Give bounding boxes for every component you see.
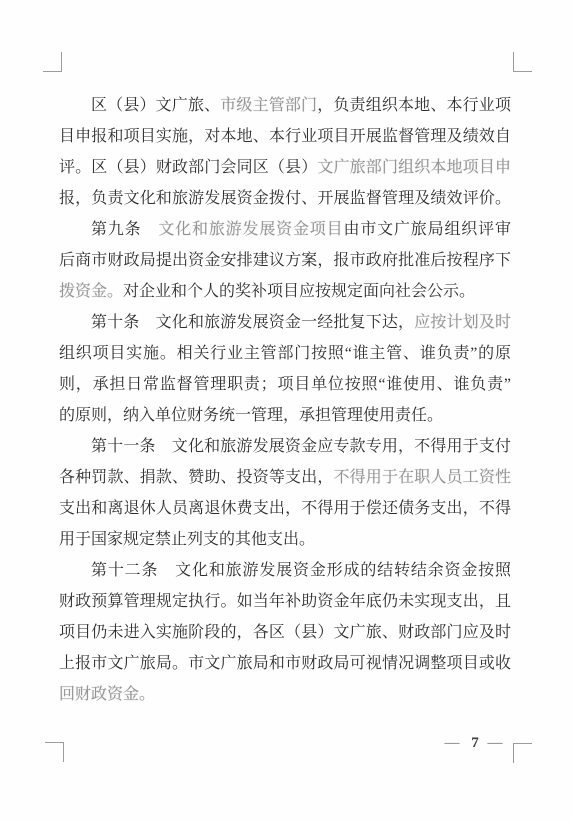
text-segment: 由市文广旅局组织评审 [343,221,510,238]
crop-mark-bottom-left-icon [45,742,64,762]
text-line: 上报市文广旅局。市文广旅局和市财政局可视情况调整项目或收 [59,648,511,679]
text-segment: 第十一条 文化和旅游发展资金应专款专用，不得用于支付 [91,438,511,455]
text-line: 第九条 文化和旅游发展资金项目由市文广旅局组织评审 [59,214,511,245]
text-line: 财政预算管理规定执行。如当年补助资金年底仍未实现支出，且 [59,586,511,617]
faded-text-segment: 不得用于在职人员工资性 [334,469,511,486]
text-segment: 后商市财政局提出资金安排建议方案，报市政府批准后按程序下 [59,252,511,269]
text-line: 组织项目实施。相关行业主管部门按照“谁主管、谁负责”的原 [59,338,511,369]
text-segment: 对企业和个人的奖补项目应按规定面向社会公示。 [123,283,475,300]
faded-text-segment: 市级主管部门 [220,97,317,114]
text-segment: 项目仍未进入实施阶段的，各区（县）文广旅、财政部门应及时 [59,624,511,641]
text-segment: 第九条 [91,221,158,238]
text-line: 后商市财政局提出资金安排建议方案，报市政府批准后按程序下 [59,245,511,276]
text-segment: 用于国家规定禁止列支的其他支出。 [59,531,315,548]
text-line: 项目仍未进入实施阶段的，各区（县）文广旅、财政部门应及时 [59,617,511,648]
scanned-document-page: 区（县）文广旅、市级主管部门，负责组织本地、本行业项目申报和项目实施，对本地、本… [0,0,572,821]
text-line: 评。区（县）财政部门会同区（县）文广旅部门组织本地项目申 [59,152,511,183]
text-line: 拨资金。对企业和个人的奖补项目应按规定面向社会公示。 [59,276,511,307]
text-segment: 上报市文广旅局。市文广旅局和市财政局可视情况调整项目或收 [59,655,511,672]
text-line: 第十二条 文化和旅游发展资金形成的结转结余资金按照 [59,555,511,586]
faded-text-segment: 文化和旅游发展资金项目 [158,221,343,238]
faded-text-segment: 拨资金。 [59,283,123,300]
text-line: 报，负责文化和旅游发展资金拨付、开展监督管理及绩效评价。 [59,183,511,214]
text-segment: 目申报和项目实施，对本地、本行业项目开展监督管理及绩效自 [59,128,511,145]
text-line: 第十条 文化和旅游发展资金一经批复下达，应按计划及时 [59,307,511,338]
document-body: 区（县）文广旅、市级主管部门，负责组织本地、本行业项目申报和项目实施，对本地、本… [59,90,511,710]
faded-text-segment: 回财政资金。 [59,686,155,703]
text-segment: 各种罚款、捐款、赞助、投资等支出， [59,469,334,486]
paragraph: 第十一条 文化和旅游发展资金应专款专用，不得用于支付各种罚款、捐款、赞助、投资等… [59,431,511,555]
text-segment: 则，承担日常监督管理职责；项目单位按照“谁使用、谁负责” [59,376,511,393]
page-number: — 7 — [425,735,525,752]
text-line: 支出和离退休人员离退休费支出，不得用于偿还债务支出，不得 [59,493,511,524]
faded-text-segment: 应按计划及时 [414,314,511,331]
page-number-dash-left: — [445,735,463,751]
text-segment: ，负责组织本地、本行业项 [317,97,511,114]
text-line: 区（县）文广旅、市级主管部门，负责组织本地、本行业项 [59,90,511,121]
text-segment: 组织项目实施。相关行业主管部门按照“谁主管、谁负责”的原 [59,345,511,362]
crop-mark-top-right-icon [513,52,532,72]
text-segment: 支出和离退休人员离退休费支出，不得用于偿还债务支出，不得 [59,500,511,517]
paragraph: 第九条 文化和旅游发展资金项目由市文广旅局组织评审后商市财政局提出资金安排建议方… [59,214,511,307]
crop-mark-top-left-icon [43,52,62,72]
page-number-value: 7 [469,735,481,751]
paragraph: 区（县）文广旅、市级主管部门，负责组织本地、本行业项目申报和项目实施，对本地、本… [59,90,511,214]
text-line: 回财政资金。 [59,679,511,710]
text-line: 则，承担日常监督管理职责；项目单位按照“谁使用、谁负责” [59,369,511,400]
text-segment: 第十二条 文化和旅游发展资金形成的结转结余资金按照 [91,562,511,579]
text-line: 的原则，纳入单位财务统一管理，承担管理使用责任。 [59,400,511,431]
text-segment: 报，负责文化和旅游发展资金拨付、开展监督管理及绩效评价。 [59,190,511,207]
text-line: 第十一条 文化和旅游发展资金应专款专用，不得用于支付 [59,431,511,462]
text-segment: 区（县）文广旅、 [91,97,220,114]
text-line: 各种罚款、捐款、赞助、投资等支出，不得用于在职人员工资性 [59,462,511,493]
text-segment: 第十条 文化和旅游发展资金一经批复下达， [91,314,414,331]
paragraph: 第十条 文化和旅游发展资金一经批复下达，应按计划及时组织项目实施。相关行业主管部… [59,307,511,431]
faded-text-segment: 文广旅部门组织本地项目申 [317,159,511,176]
page-number-dash-right: — [488,735,506,751]
paragraph: 第十二条 文化和旅游发展资金形成的结转结余资金按照财政预算管理规定执行。如当年补… [59,555,511,710]
text-line: 用于国家规定禁止列支的其他支出。 [59,524,511,555]
text-segment: 评。区（县）财政部门会同区（县） [59,159,317,176]
text-segment: 的原则，纳入单位财务统一管理，承担管理使用责任。 [59,407,443,424]
text-line: 目申报和项目实施，对本地、本行业项目开展监督管理及绩效自 [59,121,511,152]
text-segment: 财政预算管理规定执行。如当年补助资金年底仍未实现支出，且 [59,593,511,610]
